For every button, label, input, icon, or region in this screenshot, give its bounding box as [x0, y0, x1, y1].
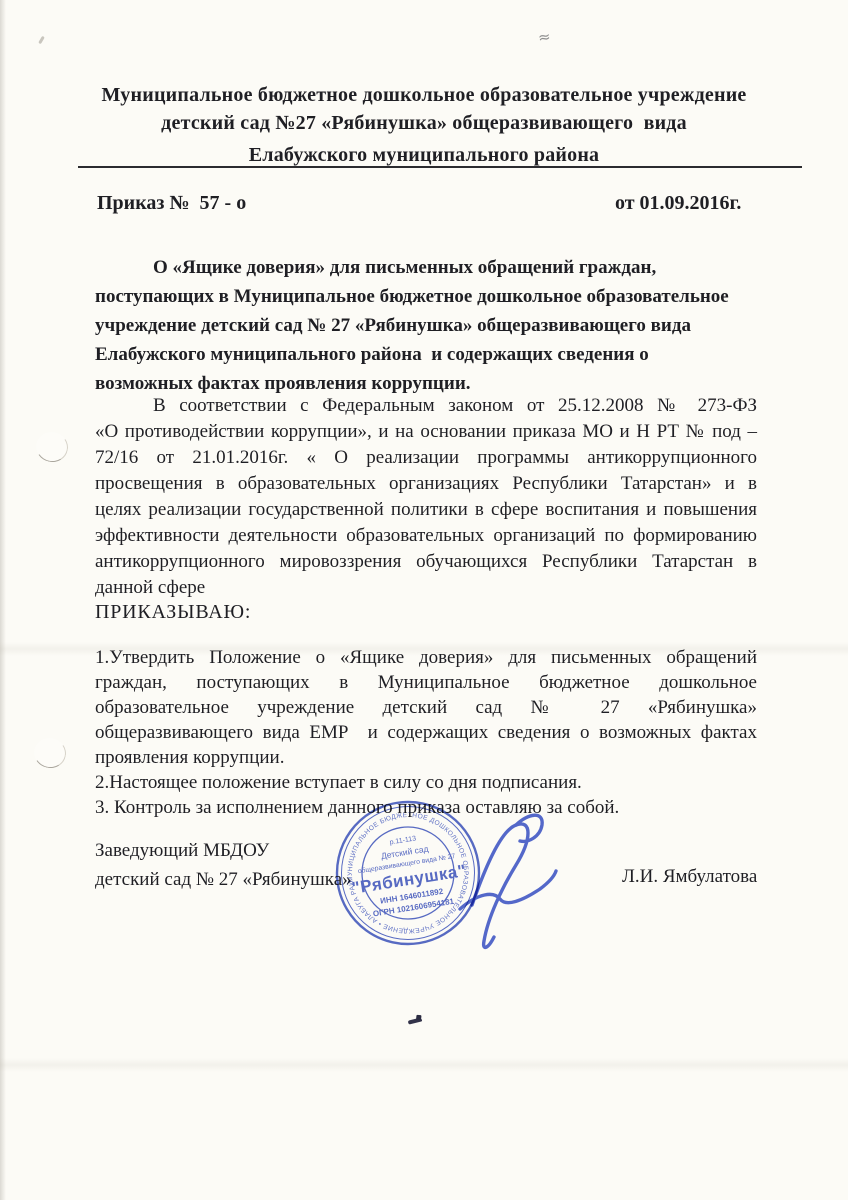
- preamble-line: эффективности деятельности образовательн…: [95, 526, 757, 545]
- order-date: от 01.09.2016г.: [615, 192, 741, 215]
- subject-line: поступающих в Муниципальное бюджетное до…: [95, 287, 757, 306]
- preamble-line: просвещения в образовательных организаци…: [95, 474, 757, 493]
- decree-heading: ПРИКАЗЫВАЮ:: [95, 601, 251, 624]
- subject-line: учреждение детский сад № 27 «Рябинушка» …: [95, 316, 757, 335]
- item-1-line: общеразвивающего вида ЕМР и содержащих с…: [95, 723, 757, 742]
- scan-edge-shadow: [0, 0, 6, 1200]
- subject-line: Елабужского муниципального района и соде…: [95, 345, 757, 364]
- signatory-position-line1: Заведующий МБДОУ: [95, 840, 269, 862]
- punch-hole-top: [33, 429, 71, 465]
- item-1-line: проявления коррупции.: [95, 748, 757, 767]
- pencil-squiggle-mark: ≈: [537, 27, 552, 47]
- subject-line: О «Ящике доверия» для письменных обращен…: [95, 258, 757, 277]
- item-2: 2.Настоящее положение вступает в силу со…: [95, 773, 757, 792]
- handwritten-signature: [438, 805, 588, 960]
- item-1-line: образовательное учреждение детский сад №…: [95, 698, 757, 717]
- preamble-line: 72/16 от 21.01.2016г. « О реализации про…: [95, 448, 757, 467]
- org-name-line1: Муниципальное бюджетное дошкольное образ…: [44, 84, 804, 107]
- punch-hole-bottom: [31, 735, 69, 771]
- scan-band: [0, 1058, 848, 1072]
- document-page: ≈ Муниципальное бюджетное дошкольное обр…: [0, 0, 848, 1200]
- signatory-name: Л.И. Ямбулатова: [622, 866, 757, 888]
- org-name-line3: Елабужского муниципального района: [44, 144, 804, 167]
- order-subject: О «Ящике доверия» для письменных обращен…: [95, 258, 757, 403]
- ink-speck: [38, 36, 45, 44]
- header-rule: [78, 166, 802, 168]
- preamble-line: антикоррупционного мировоззрения обучающ…: [95, 552, 757, 571]
- stamp-reg-number: р.11-113: [389, 835, 416, 846]
- order-preamble: В соответствии с Федеральным законом от …: [95, 396, 757, 604]
- preamble-line: целях реализации государственной политик…: [95, 500, 757, 519]
- signatory-position-line2: детский сад № 27 «Рябинушка»: [95, 869, 352, 891]
- ink-fleck-mark: [408, 1017, 423, 1024]
- preamble-line: «О противодействии коррупции», и на осно…: [95, 422, 757, 441]
- item-1-line: 1.Утвердить Положение о «Ящике доверия» …: [95, 648, 757, 667]
- preamble-line: В соответствии с Федеральным законом от …: [95, 396, 757, 415]
- preamble-line: данной сфере: [95, 578, 757, 597]
- item-1-line: граждан, поступающих в Муниципальное бюд…: [95, 673, 757, 692]
- org-name-line2: детский сад №27 «Рябинушка» общеразвиваю…: [44, 112, 804, 135]
- subject-line: возможных фактах проявления коррупции.: [95, 374, 757, 393]
